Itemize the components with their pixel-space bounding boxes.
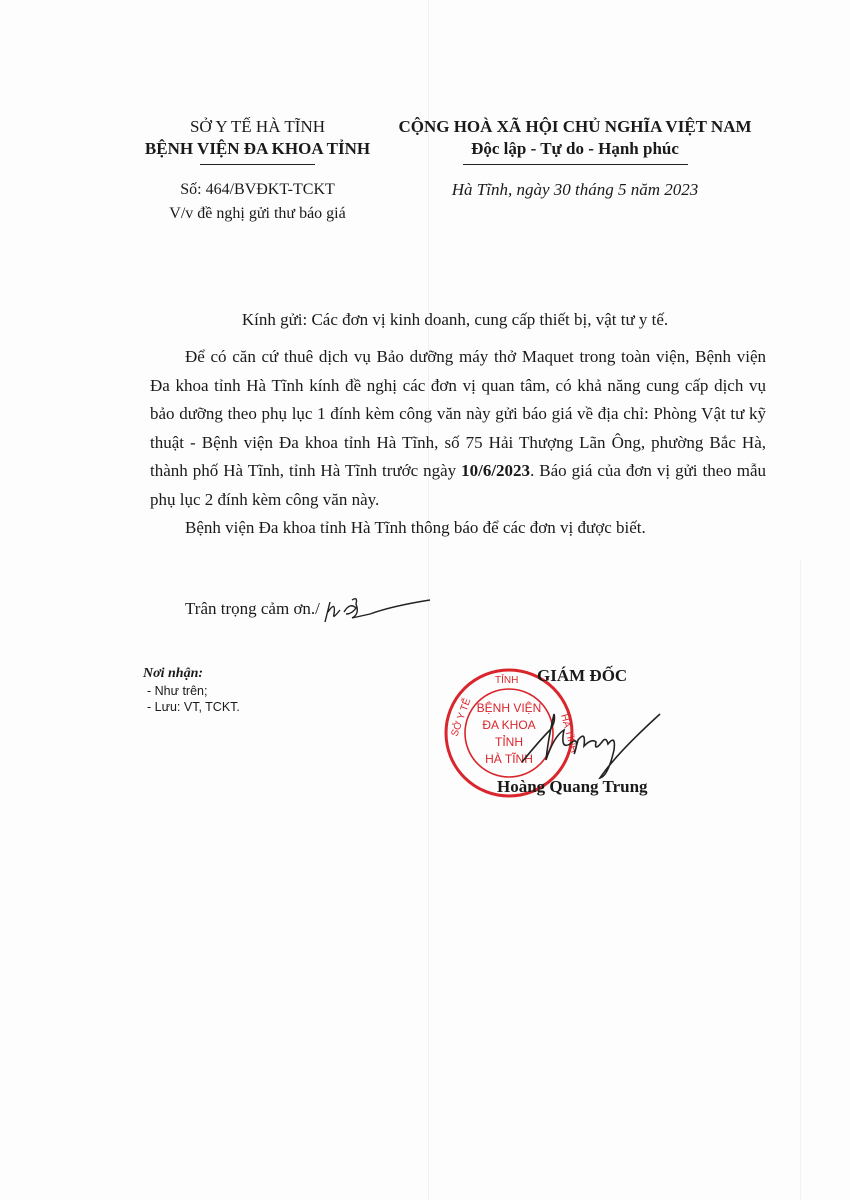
body-paragraph-1: Để có căn cứ thuê dịch vụ Bảo dưỡng máy … xyxy=(150,343,766,514)
signer-title: GIÁM ĐỐC xyxy=(537,666,627,686)
recipient-line: Kính gửi: Các đơn vị kinh doanh, cung cấ… xyxy=(140,310,770,330)
place-date: Hà Tĩnh, ngày 30 tháng 5 năm 2023 xyxy=(390,180,760,200)
closing-text: Trân trọng cảm ơn./ xyxy=(185,599,320,619)
motto-underline xyxy=(463,164,688,165)
letter-body: Để có căn cứ thuê dịch vụ Bảo dưỡng máy … xyxy=(150,343,766,543)
nation-name: CỘNG HOÀ XÃ HỘI CHỦ NGHĨA VIỆT NAM xyxy=(390,116,760,138)
ministry-name: SỞ Y TẾ HÀ TĨNH xyxy=(130,116,385,138)
initial-signature-icon xyxy=(322,592,432,626)
organization-name: BỆNH VIỆN ĐA KHOA TỈNH xyxy=(130,138,385,160)
stamp-ring-top: TỈNH xyxy=(495,673,518,686)
header-underline xyxy=(200,164,315,165)
signer-name: Hoàng Quang Trung xyxy=(497,777,648,797)
national-header: CỘNG HOÀ XÃ HỘI CHỦ NGHĨA VIỆT NAM Độc l… xyxy=(390,116,760,165)
scan-fold-line xyxy=(800,560,801,1200)
document-reference: Số: 464/BVĐKT-TCKT V/v đề nghị gửi thư b… xyxy=(130,178,385,226)
national-motto: Độc lập - Tự do - Hạnh phúc xyxy=(390,138,760,160)
director-signature-icon xyxy=(520,700,670,780)
reference-number: Số: 464/BVĐKT-TCKT xyxy=(130,178,385,202)
recipient-item: - Như trên; xyxy=(147,683,240,699)
recipients-title: Nơi nhận: xyxy=(143,665,240,683)
recipient-item: - Lưu: VT, TCKT. xyxy=(147,699,240,715)
body-paragraph-2: Bệnh viện Đa khoa tỉnh Hà Tĩnh thông báo… xyxy=(150,514,766,543)
closing-line: Trân trọng cảm ơn./ xyxy=(185,592,432,626)
deadline-date: 10/6/2023 xyxy=(461,461,530,480)
stamp-line: TỈNH xyxy=(495,734,523,749)
issuing-authority-header: SỞ Y TẾ HÀ TĨNH BỆNH VIỆN ĐA KHOA TỈNH xyxy=(130,116,385,165)
recipients-block: Nơi nhận: - Như trên; - Lưu: VT, TCKT. xyxy=(143,665,240,715)
document-page: SỞ Y TẾ HÀ TĨNH BỆNH VIỆN ĐA KHOA TỈNH S… xyxy=(0,0,850,1200)
stamp-ring-left: SỞ Y TẾ xyxy=(448,696,474,738)
document-subject: V/v đề nghị gửi thư báo giá xyxy=(130,202,385,226)
